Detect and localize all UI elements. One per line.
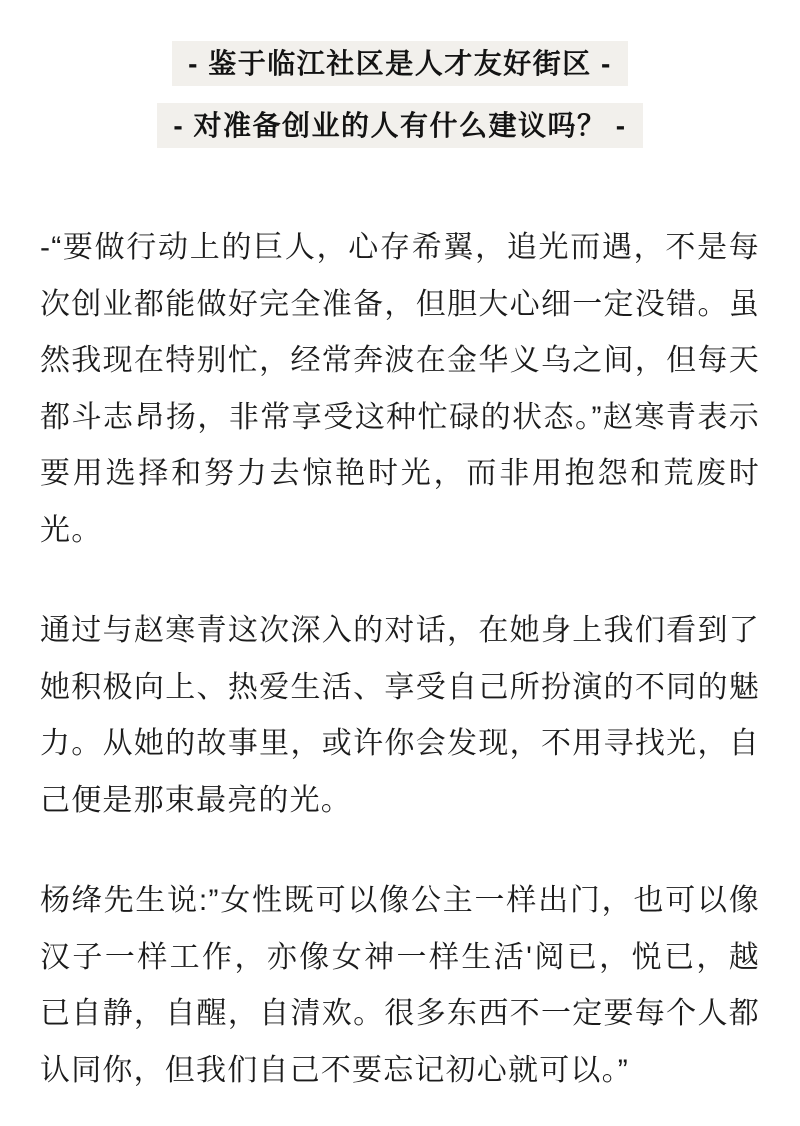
paragraph-summary: 通过与赵寒青这次深入的对话，在她身上我们看到了她积极向上、热爱生活、享受自己所扮… <box>40 603 760 829</box>
header-section: - 鉴于临江社区是人才友好街区 - - 对准备创业的人有什么建议吗？ - <box>0 0 800 148</box>
paragraph-quote-yangjiang: 杨绛先生说:”女性既可以像公主一样出门，也可以像汉子一样工作，亦像女神一样生活'… <box>40 873 760 1099</box>
paragraph-quote-zhao: -“要做行动上的巨人，心存希翼，追光而遇，不是每次创业都能做好完全准备，但胆大心… <box>40 220 760 559</box>
headline-1: - 鉴于临江社区是人才友好街区 - <box>172 41 628 86</box>
headline-2: - 对准备创业的人有什么建议吗？ - <box>157 103 642 148</box>
headline-row-1: - 鉴于临江社区是人才友好街区 - <box>0 41 800 86</box>
headline-row-2: - 对准备创业的人有什么建议吗？ - <box>0 103 800 148</box>
article-body: -“要做行动上的巨人，心存希翼，追光而遇，不是每次创业都能做好完全准备，但胆大心… <box>40 220 760 1099</box>
article-page: - 鉴于临江社区是人才友好街区 - - 对准备创业的人有什么建议吗？ - -“要… <box>0 0 800 1126</box>
